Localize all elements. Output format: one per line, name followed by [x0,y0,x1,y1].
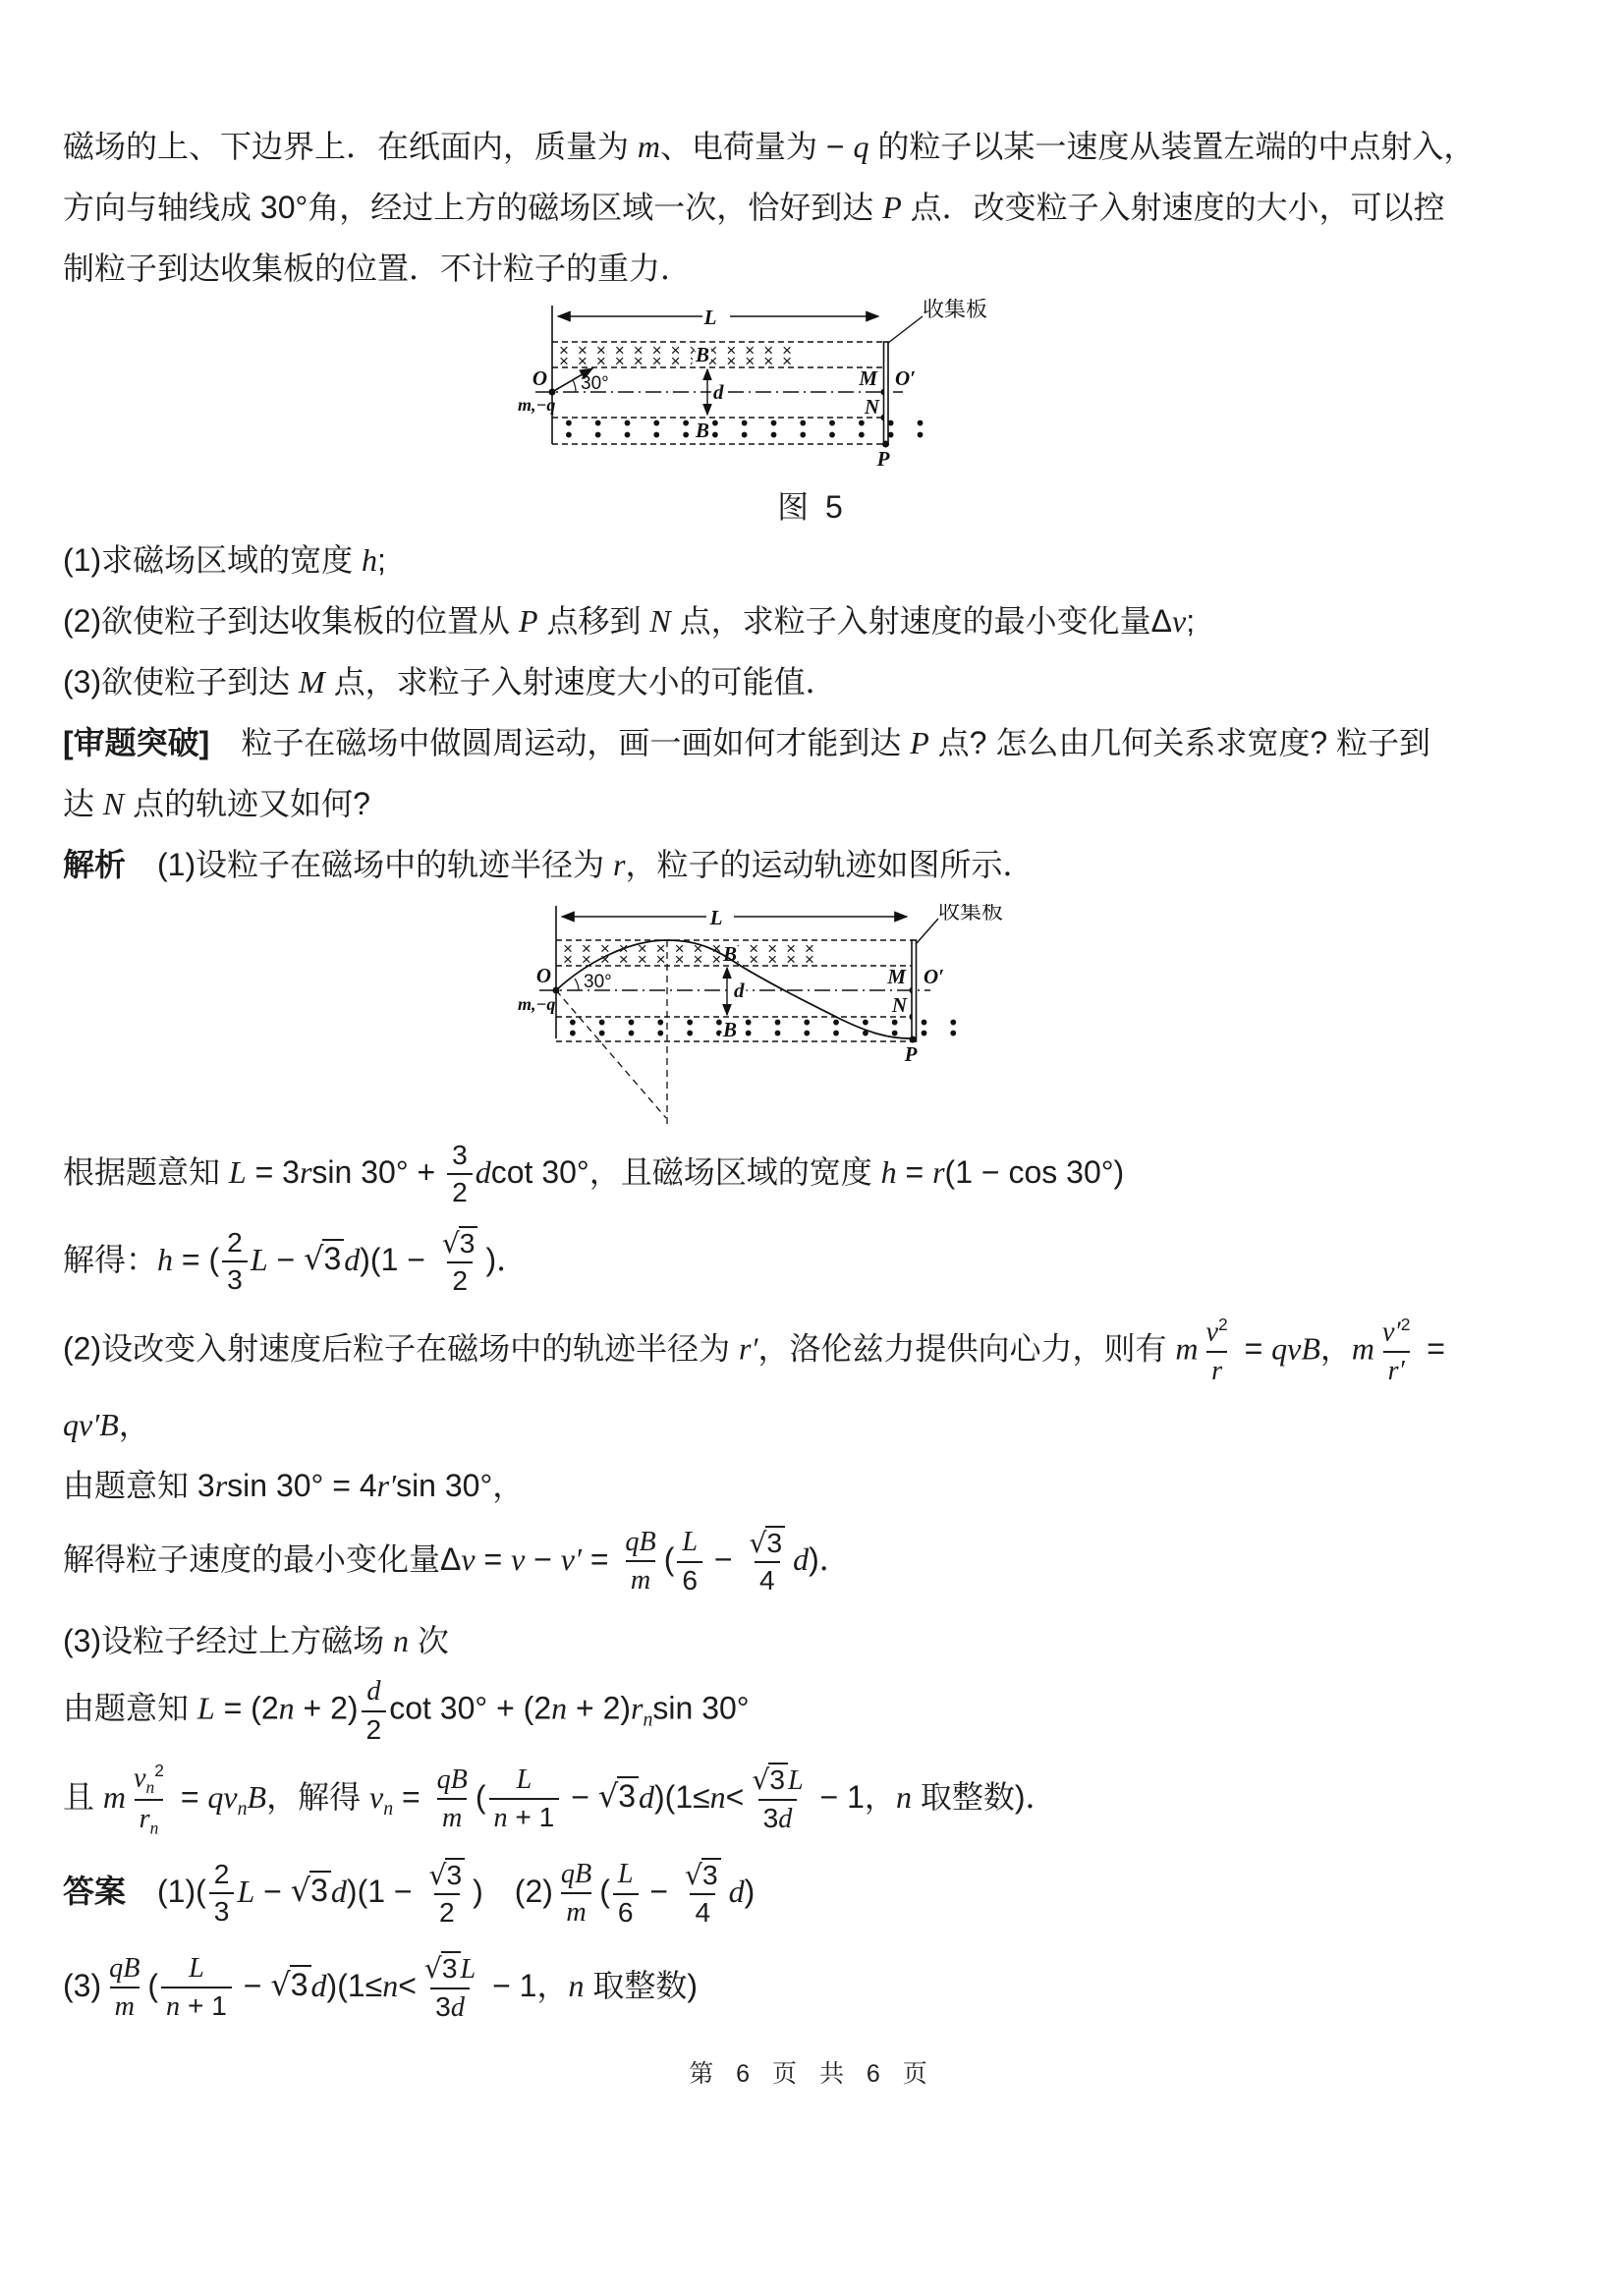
solution-line-2: 解得：h = (23L − √3d)(1 − √32)． [63,1213,1561,1310]
solution-line-8: 由题意知 L = (2n + 2)d2cot 30° + (2n + 2)rns… [63,1669,1561,1752]
figure-1-diagram: L 收集板 ××××××××××××× ××××××××××××× B O 3 [518,299,1107,485]
document-page: 磁场的上、下边界上．在纸面内，质量为 m、电荷量为 − q 的粒子以某一速度从装… [0,0,1624,2296]
angle-arc [575,979,579,990]
o-label: O [532,366,546,390]
collection-plate [883,342,888,444]
angle-label: 30° [584,972,612,992]
field-b-bottom-label: B [694,419,708,442]
figure-1: L 收集板 ××××××××××××× ××××××××××××× B O 3 [63,299,1561,530]
solution-line-7: (3)设粒子经过上方磁场 n 次 [63,1608,1561,1669]
gap-measure: d [727,968,745,1015]
plate-label: 收集板 [923,299,987,321]
x-symbols-row: ××××××××××××× [559,352,801,370]
p-label: P [903,1042,917,1066]
question-2: (2)欲使粒子到达收集板的位置从 P 点移到 N 点，求粒子入射速度的最小变化量… [63,590,1561,651]
p-label: P [875,447,889,471]
solution-line-3: (2)设改变入射速度后粒子在磁场中的轨迹半径为 r′，洛伦兹力提供向心力，则有 … [63,1310,1561,1392]
figure-2: L 收集板 ×××××××××××××× ×××××××××××××× B O … [63,904,1561,1135]
hint-line-2: 达 N 点的轨迹又如何? [63,773,1561,834]
o-prime-label: O′ [895,366,916,390]
intro-line-1: 磁场的上、下边界上．在纸面内，质量为 m、电荷量为 − q 的粒子以某一速度从装… [63,116,1561,177]
angle-arc [573,380,576,392]
length-measure: L [558,306,878,329]
m-label: M [858,366,878,390]
x-symbols-row: ×××××××××××××× [563,950,823,969]
field-b-bottom-label: B [721,1018,736,1041]
radius-slant-dashed [556,990,666,1118]
plate-pointer-line [888,316,923,343]
plate-pointer-line [917,919,938,943]
intro-line-3: 制粒子到达收集板的位置．不计粒子的重力． [63,238,1561,299]
solution-line-4: qv′B， [63,1392,1561,1453]
solution-intro-line: 解析 (1)设粒子在磁场中的轨迹半径为 r，粒子的运动轨迹如图所示． [63,834,1561,895]
answer-line-2: (3)qBm(Ln + 1 − √3d)(1≤n<√3L3d − 1，n 取整数… [63,1940,1561,2035]
gap-label: d [734,979,745,1002]
answer-line-1: 答案 (1)(23L − √3d)(1 − √32) (2)qBm(L6 − √… [63,1846,1561,1940]
field-b-top-label: B [694,343,708,366]
m-label: M [886,965,907,988]
solution-line-6: 解得粒子速度的最小变化量Δv = v − v′ = qBm(L6 − √34d)… [63,1514,1561,1608]
figure-1-caption: 图 5 [63,485,1561,530]
o-prime-label: O′ [924,965,944,988]
page-footer: 第 6 页 共 6 页 [63,2059,1561,2089]
question-1: (1)求磁场区域的宽度 h; [63,530,1561,590]
figure-2-diagram: L 收集板 ×××××××××××××× ×××××××××××××× B O … [518,904,1107,1135]
particle-label: m,−q [518,395,555,415]
particle-label: m,−q [518,994,555,1014]
intro-line-2: 方向与轴线成 30°角，经过上方的磁场区域一次，恰好到达 P 点．改变粒子入射速… [63,177,1561,238]
question-3: (3)欲使粒子到达 M 点，求粒子入射速度大小的可能值． [63,651,1561,712]
angle-label: 30° [581,373,609,394]
injection-point: O 30° m,−q [518,366,609,415]
solution-line-5: 由题意知 3rsin 30° = 4r′sin 30°， [63,1453,1561,1514]
collection-plate [912,940,917,1041]
length-label: L [702,306,716,329]
o-label: O [535,964,550,987]
gap-label: d [713,380,724,404]
solution-line-1: 根据题意知 L = 3rsin 30° + 32dcot 30°，且磁场区域的宽… [63,1135,1561,1213]
hint-line-1: [审题突破] 粒子在磁场中做圆周运动，画一画如何才能到达 P 点? 怎么由几何关… [63,712,1561,773]
solution-line-9: 且 mvn2rn = qvnB，解得 vn = qBm(Ln + 1 − √3d… [63,1752,1561,1846]
injection-point: O 30° m,−q [518,964,612,1014]
plate-label: 收集板 [938,904,1003,924]
field-region-top: ××××××××××××× ××××××××××××× B [552,341,884,370]
length-label: L [708,906,722,929]
length-measure: L [562,906,907,929]
